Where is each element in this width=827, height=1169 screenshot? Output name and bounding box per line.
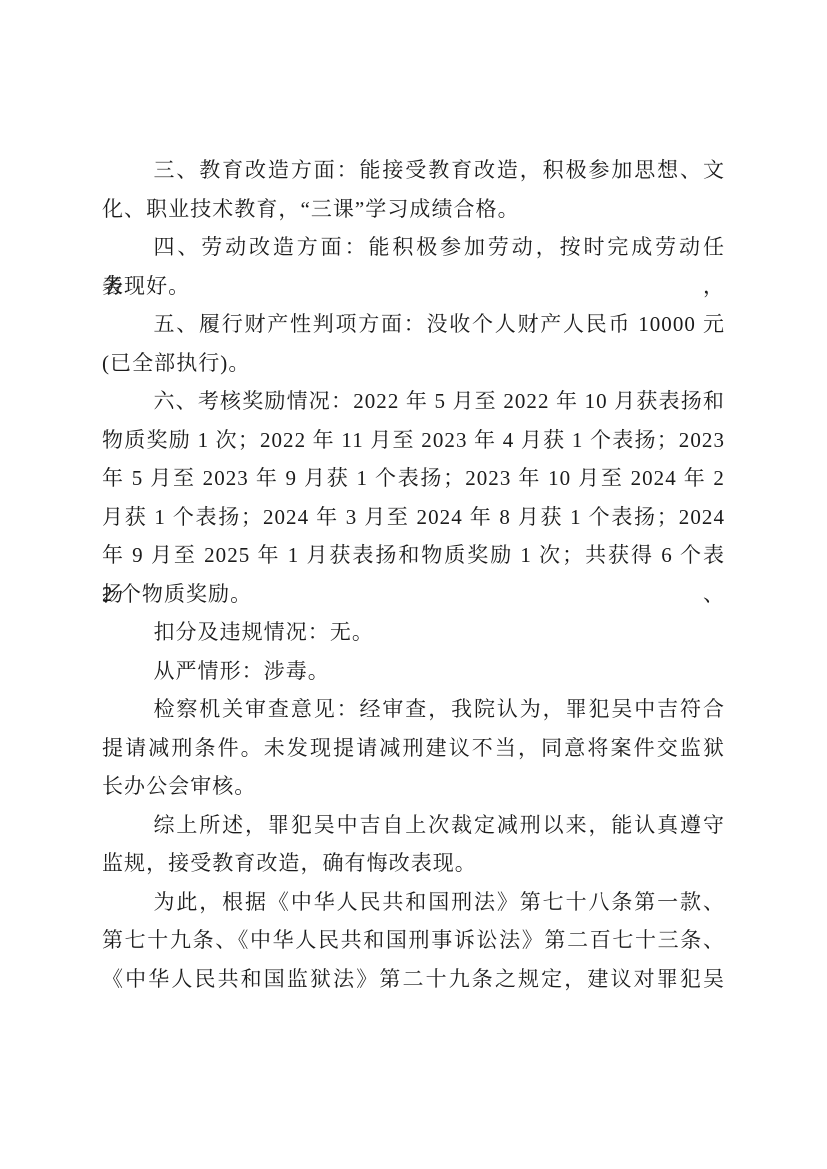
text-line: 检察机关审查意见：经审查，我院认为，罪犯吴中吉符合: [102, 690, 725, 729]
text-line: 四、劳动改造方面：能积极参加劳动，按时完成劳动任务，: [102, 228, 725, 267]
document-page: 三、教育改造方面：能接受教育改造，积极参加思想、文化、职业技术教育，“三课”学习…: [0, 0, 827, 1169]
text-line: 为此，根据《中华人民共和国刑法》第七十八条第一款、: [102, 883, 725, 922]
text-line: 五、履行财产性判项方面：没收个人财产人民币 10000 元: [102, 305, 725, 344]
text-line: 化、职业技术教育，“三课”学习成绩合格。: [102, 190, 725, 229]
text-line: 月获 1 个表扬；2024 年 3 月至 2024 年 8 月获 1 个表扬；2…: [102, 498, 725, 537]
text-line: 年 9 月至 2025 年 1 月获表扬和物质奖励 1 次；共获得 6 个表扬、: [102, 536, 725, 575]
text-line: 三、教育改造方面：能接受教育改造，积极参加思想、文: [102, 151, 725, 190]
text-line: 六、考核奖励情况：2022 年 5 月至 2022 年 10 月获表扬和: [102, 382, 725, 421]
text-line: (已全部执行)。: [102, 344, 725, 383]
text-line: 长办公会审核。: [102, 767, 725, 806]
text-line: 监规，接受教育改造，确有悔改表现。: [102, 844, 725, 883]
text-line: 综上所述，罪犯吴中吉自上次裁定减刑以来，能认真遵守: [102, 806, 725, 845]
text-line: 提请减刑条件。未发现提请减刑建议不当，同意将案件交监狱: [102, 729, 725, 768]
text-line: 《中华人民共和国监狱法》第二十九条之规定，建议对罪犯吴: [102, 960, 725, 999]
text-line: 从严情形：涉毒。: [102, 652, 725, 691]
text-line: 年 5 月至 2023 年 9 月获 1 个表扬；2023 年 10 月至 20…: [102, 459, 725, 498]
text-line: 第七十九条、《中华人民共和国刑事诉讼法》第二百七十三条、: [102, 921, 725, 960]
text-block: 三、教育改造方面：能接受教育改造，积极参加思想、文化、职业技术教育，“三课”学习…: [102, 151, 725, 998]
text-line: 物质奖励 1 次；2022 年 11 月至 2023 年 4 月获 1 个表扬；…: [102, 421, 725, 460]
text-line: 扣分及违规情况：无。: [102, 613, 725, 652]
